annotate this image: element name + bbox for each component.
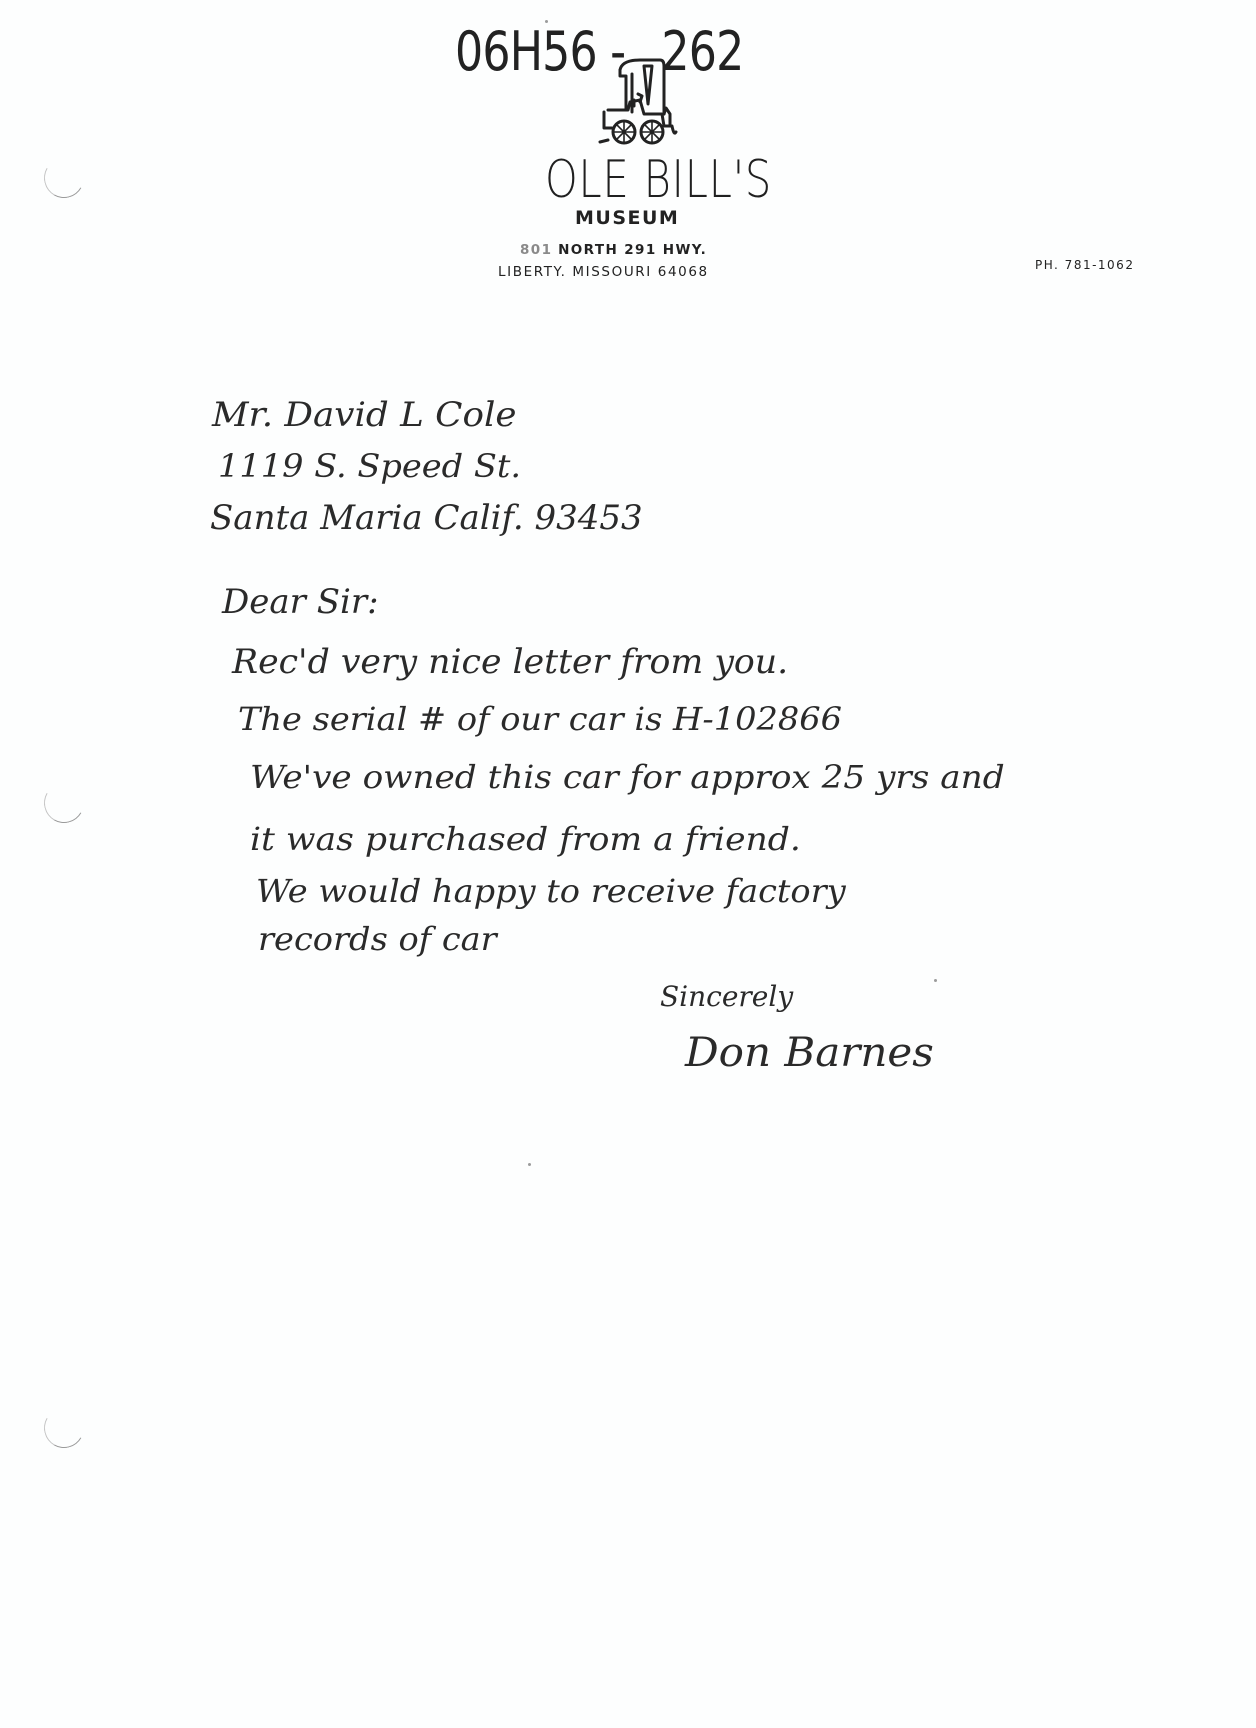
street-name: NORTH 291 HWY. <box>558 242 707 258</box>
hole-punch-mark <box>40 779 89 828</box>
closing: Sincerely <box>660 980 793 1013</box>
letterhead-subtitle: MUSEUM <box>575 207 679 229</box>
body-line: We've owned this car for approx 25 yrs a… <box>250 758 1005 796</box>
letterhead-street: 801 NORTH 291 HWY. <box>520 242 707 258</box>
letter-page: 06H56 -262 OLE BILL'S MUSEUM 801 NORTH 2… <box>0 0 1256 1728</box>
body-line: it was purchased from a friend. <box>250 820 801 858</box>
hole-punch-mark <box>40 154 89 203</box>
letterhead-phone: PH. 781-1062 <box>1035 258 1134 272</box>
body-line: Rec'd very nice letter from you. <box>232 642 788 682</box>
hole-punch-mark <box>40 1404 89 1453</box>
letterhead-city: LIBERTY. MISSOURI 64068 <box>498 264 709 280</box>
body-line: records of car <box>258 920 497 958</box>
letterhead-name: OLE BILL'S <box>545 150 772 210</box>
salutation: Dear Sir: <box>222 582 379 622</box>
signature: Don Barnes <box>685 1030 934 1076</box>
scan-speck <box>934 979 937 982</box>
body-line: We would happy to receive factory <box>256 872 846 910</box>
recipient-name: Mr. David L Cole <box>212 395 517 435</box>
recipient-street: 1119 S. Speed St. <box>218 447 521 485</box>
scan-speck <box>545 20 548 23</box>
recipient-city: Santa Maria Calif. 93453 <box>210 498 643 538</box>
body-line: The serial # of our car is H-102866 <box>238 700 842 738</box>
antique-car-icon <box>592 56 702 152</box>
scan-speck <box>528 1163 531 1166</box>
street-number: 801 <box>520 242 552 258</box>
